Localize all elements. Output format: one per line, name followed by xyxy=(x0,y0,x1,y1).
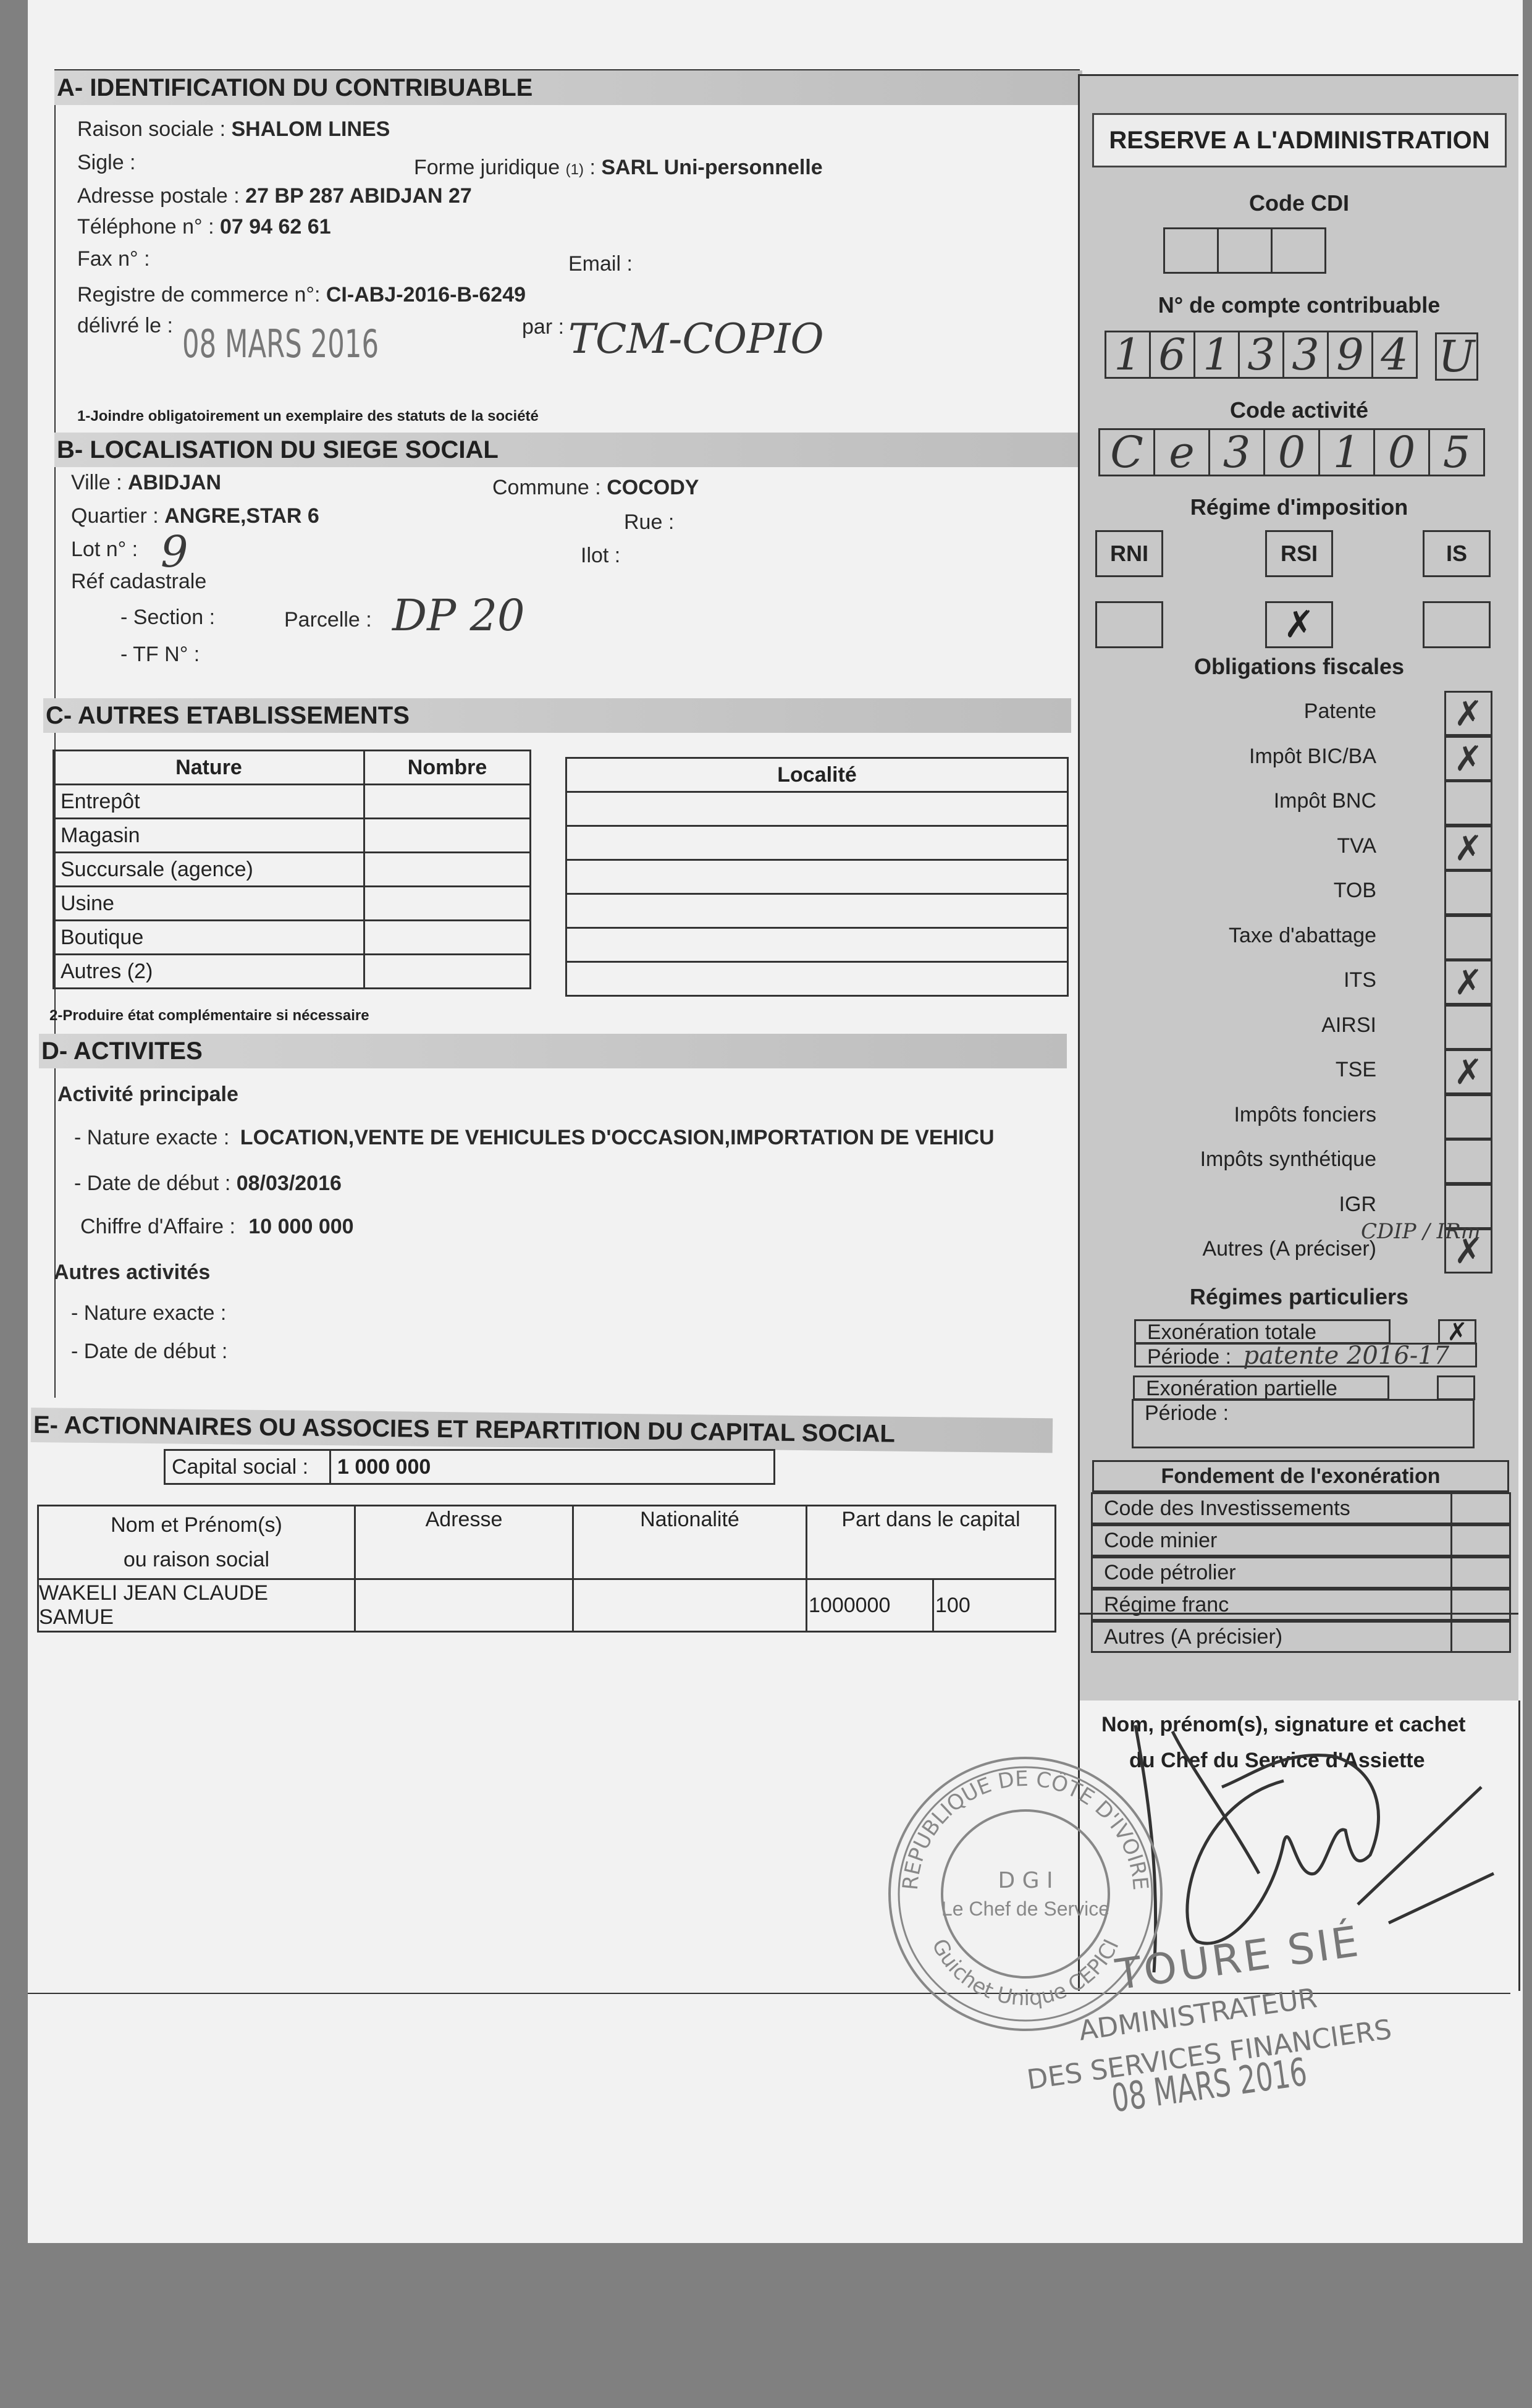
commune-label: Commune : xyxy=(492,476,601,499)
commune-value: COCODY xyxy=(607,476,699,499)
table-row: Magasin xyxy=(54,819,531,853)
row-nombre-input[interactable] xyxy=(364,853,531,887)
table-header-row: Nom et Prénom(s) ou raison social Adress… xyxy=(38,1506,1056,1579)
delivre-label: délivré le : xyxy=(77,314,173,338)
code-cdi-box[interactable] xyxy=(1163,227,1219,274)
obligation-row: TOB xyxy=(1080,870,1518,915)
autres-handwritten: CDIP / IRm xyxy=(1361,1219,1481,1244)
raison-sociale-label: Raison sociale : xyxy=(77,117,225,141)
section-a-header: A- IDENTIFICATION DU CONTRIBUABLE xyxy=(54,70,1082,105)
obligation-row: Taxe d'abattage xyxy=(1080,915,1518,960)
table-row xyxy=(566,962,1068,996)
regime-is-label: IS xyxy=(1423,530,1491,577)
fondement-header: Fondement de l'exonération xyxy=(1092,1460,1509,1492)
actionnaires-table: Nom et Prénom(s) ou raison social Adress… xyxy=(37,1505,1056,1633)
exo-totale-label: Exonération totale xyxy=(1134,1319,1391,1344)
section-a-footnote: 1-Joindre obligatoirement un exemplaire … xyxy=(77,408,539,425)
fondement-checkbox[interactable] xyxy=(1450,1492,1509,1524)
parcelle-label: Parcelle : xyxy=(284,608,372,632)
obligation-label: Patente xyxy=(1304,699,1376,724)
date-debut-label: - Date de début : xyxy=(74,1172,230,1195)
fondement-label: Code pétrolier xyxy=(1104,1561,1236,1584)
obligation-row: Patente✗ xyxy=(1080,691,1518,736)
ref-cadastrale-label: Réf cadastrale xyxy=(71,570,206,594)
date-debut-value: 08/03/2016 xyxy=(237,1172,342,1195)
registre-field: Registre de commerce n°: CI-ABJ-2016-B-6… xyxy=(77,283,526,307)
regime-is-checkbox[interactable] xyxy=(1423,601,1491,648)
row-nature: Usine xyxy=(54,887,364,921)
row-nature: Entrepôt xyxy=(54,785,364,819)
capital-social-table: Capital social : 1 000 000 xyxy=(164,1449,775,1485)
table-header-row: Localité xyxy=(566,758,1068,792)
obligation-label: ITS xyxy=(1344,968,1376,992)
obligation-checkbox[interactable] xyxy=(1444,870,1492,915)
obligation-label: Taxe d'abattage xyxy=(1229,924,1376,948)
obligation-label: IGR xyxy=(1339,1193,1376,1217)
compte-key-box: U xyxy=(1435,332,1478,381)
scanned-form-page: A- IDENTIFICATION DU CONTRIBUABLE Raison… xyxy=(28,0,1523,2243)
header-nombre: Nombre xyxy=(364,751,531,785)
code-activite-box[interactable]: C xyxy=(1098,428,1155,476)
sigle-label: Sigle : xyxy=(77,151,136,175)
header-localite: Localité xyxy=(566,758,1068,792)
exo-totale-checkbox[interactable]: ✗ xyxy=(1438,1319,1476,1344)
code-activite-box[interactable]: e xyxy=(1153,428,1210,476)
forme-juridique-field: Forme juridique (1) : SARL Uni-personnel… xyxy=(414,156,823,180)
obligation-checkbox[interactable] xyxy=(1444,1139,1492,1184)
autres-activites-label: Autres activités xyxy=(54,1261,210,1285)
obligation-row: Impôt BIC/BA✗ xyxy=(1080,736,1518,781)
obligation-label: TOB xyxy=(1334,879,1376,903)
compte-boxes: 1613394 xyxy=(1105,331,1418,379)
ville-value: ABIDJAN xyxy=(128,471,221,494)
localite-table: Localité xyxy=(565,757,1069,997)
header-nom-line1: Nom et Prénom(s) xyxy=(111,1513,282,1537)
admin-title: RESERVE A L'ADMINISTRATION xyxy=(1092,113,1507,167)
svg-text:Le Chef de Service: Le Chef de Service xyxy=(941,1898,1109,1920)
header-part-capital: Part dans le capital xyxy=(807,1506,1056,1579)
obligation-row: TVA✗ xyxy=(1080,826,1518,871)
admin-reserved-panel: RESERVE A L'ADMINISTRATION Code CDI N° d… xyxy=(1078,74,1518,1720)
raison-sociale-value: SHALOM LINES xyxy=(231,117,390,141)
fondement-checkbox[interactable] xyxy=(1450,1557,1509,1589)
capital-label: Capital social : xyxy=(165,1450,330,1484)
row-nature: Boutique xyxy=(54,921,364,955)
lot-label: Lot n° : xyxy=(71,538,138,562)
code-activite-box[interactable]: 3 xyxy=(1208,428,1265,476)
forme-juridique-note: (1) xyxy=(566,161,584,178)
commune-field: Commune : COCODY xyxy=(492,476,699,500)
section-c-footnote: 2-Produire état complémentaire si nécess… xyxy=(49,1007,369,1024)
code-activite-box[interactable]: 5 xyxy=(1428,428,1485,476)
obligation-label: TSE xyxy=(1336,1058,1376,1082)
code-cdi-box[interactable] xyxy=(1217,227,1273,274)
fondement-row: Régime franc xyxy=(1091,1589,1511,1621)
actionnaire-part-montant: 1000000 xyxy=(807,1579,933,1632)
table-row: WAKELI JEAN CLAUDE SAMUE 1000000 100 xyxy=(38,1579,1056,1632)
compte-digit-box[interactable]: 4 xyxy=(1371,331,1418,379)
row-nature: Magasin xyxy=(54,819,364,853)
compte-digit-box[interactable]: 1 xyxy=(1193,331,1240,379)
row-localite-input[interactable] xyxy=(566,860,1068,894)
telephone-value: 07 94 62 61 xyxy=(220,215,331,239)
rue-label: Rue : xyxy=(624,510,674,534)
chiffre-affaire-label: Chiffre d'Affaire : xyxy=(80,1215,235,1238)
section-e-header: E- ACTIONNAIRES OU ASSOCIES ET REPARTITI… xyxy=(31,1408,1053,1453)
ilot-label: Ilot : xyxy=(581,544,620,568)
fondement-label: Code minier xyxy=(1104,1529,1217,1552)
table-row xyxy=(566,894,1068,928)
obligation-checkbox[interactable]: ✗ xyxy=(1444,691,1492,736)
par-handwritten: TCM-COPIO xyxy=(568,315,824,363)
periode-partielle-field[interactable]: Période : xyxy=(1132,1399,1475,1448)
row-nombre-input[interactable] xyxy=(364,785,531,819)
compte-key[interactable]: U xyxy=(1435,332,1478,381)
table-row: Usine xyxy=(54,887,531,921)
obligation-label: AIRSI xyxy=(1321,1013,1376,1037)
row-nature: Succursale (agence) xyxy=(54,853,364,887)
fondement-label: Code des Investissements xyxy=(1104,1497,1350,1520)
header-nationalite: Nationalité xyxy=(573,1506,807,1579)
par-label: par : xyxy=(522,315,564,339)
adresse-field: Adresse postale : 27 BP 287 ABIDJAN 27 xyxy=(77,184,472,208)
row-localite-input[interactable] xyxy=(566,928,1068,962)
date-debut-field: - Date de début : 08/03/2016 xyxy=(74,1172,342,1196)
regime-rni-label: RNI xyxy=(1095,530,1163,577)
registre-label: Registre de commerce n°: xyxy=(77,283,320,306)
code-activite-boxes: Ce30105 xyxy=(1098,428,1485,476)
fax-label: Fax n° : xyxy=(77,247,150,271)
forme-juridique-value: SARL Uni-personnelle xyxy=(601,156,822,179)
adresse-value: 27 BP 287 ABIDJAN 27 xyxy=(245,184,472,208)
obligation-checkbox[interactable]: ✗ xyxy=(1444,826,1492,871)
ville-label: Ville : xyxy=(71,471,122,494)
form-left-border xyxy=(54,69,56,1398)
forme-juridique-label: Forme juridique xyxy=(414,156,560,179)
parcelle-handwritten: DP 20 xyxy=(392,590,525,641)
obligation-label: Impôts synthétique xyxy=(1200,1147,1376,1172)
table-row: Autres (2) xyxy=(54,955,531,989)
compte-digit-box[interactable]: 9 xyxy=(1327,331,1373,379)
row-nature: Autres (2) xyxy=(54,955,364,989)
header-nom: Nom et Prénom(s) ou raison social xyxy=(38,1506,355,1579)
autres-date-label: - Date de début : xyxy=(71,1340,227,1364)
registre-value: CI-ABJ-2016-B-6249 xyxy=(326,283,526,306)
table-row: Entrepôt xyxy=(54,785,531,819)
header-nature: Nature xyxy=(54,751,364,785)
table-row xyxy=(566,860,1068,894)
compte-label: N° de compte contribuable xyxy=(1080,292,1518,318)
actionnaire-nom: WAKELI JEAN CLAUDE SAMUE xyxy=(38,1579,355,1632)
obligation-row: AIRSI xyxy=(1080,1005,1518,1050)
fondement-row: Code minier xyxy=(1091,1524,1511,1557)
compte-digit-box[interactable]: 3 xyxy=(1282,331,1329,379)
obligation-checkbox[interactable]: ✗ xyxy=(1444,1049,1492,1094)
fondement-row: Autres (A précisier) xyxy=(1091,1621,1511,1653)
capital-value: 1 000 000 xyxy=(330,1450,775,1484)
ville-field: Ville : ABIDJAN xyxy=(71,471,221,495)
telephone-label: Téléphone n° : xyxy=(77,215,214,239)
obligation-row: TSE✗ xyxy=(1080,1049,1518,1094)
row-localite-input[interactable] xyxy=(566,962,1068,996)
quartier-field: Quartier : ANGRE,STAR 6 xyxy=(71,504,319,528)
obligation-checkbox[interactable]: ✗ xyxy=(1444,960,1492,1005)
etablissements-table: Nature Nombre Entrepôt Magasin Succursal… xyxy=(53,750,531,989)
regime-rni-checkbox[interactable] xyxy=(1095,601,1163,648)
obligation-checkbox[interactable] xyxy=(1444,915,1492,960)
activite-principale-label: Activité principale xyxy=(57,1083,238,1107)
chiffre-affaire-value: 10 000 000 xyxy=(248,1215,353,1238)
section-d-header: D- ACTIVITES xyxy=(39,1034,1067,1068)
tf-label: - TF N° : xyxy=(120,643,200,667)
email-label: Email : xyxy=(568,252,633,276)
quartier-value: ANGRE,STAR 6 xyxy=(164,504,319,528)
actionnaire-adresse xyxy=(355,1579,573,1632)
capital-row: Capital social : 1 000 000 xyxy=(165,1450,775,1484)
regime-rsi-checkbox[interactable]: ✗ xyxy=(1265,601,1333,648)
code-activite-box[interactable]: 0 xyxy=(1373,428,1430,476)
section-label: - Section : xyxy=(120,606,215,630)
obligation-row: Impôt BNC xyxy=(1080,780,1518,826)
obligation-label: TVA xyxy=(1337,834,1376,858)
obligation-row: Impôts fonciers xyxy=(1080,1094,1518,1139)
code-activite-label: Code activité xyxy=(1080,397,1518,423)
header-nom-line2: ou raison social xyxy=(124,1548,269,1571)
periode-totale-label: Période : xyxy=(1147,1345,1231,1369)
obligation-row: Impôts synthétique xyxy=(1080,1139,1518,1184)
code-cdi-label: Code CDI xyxy=(1080,190,1518,216)
quartier-label: Quartier : xyxy=(71,504,159,528)
section-c-header: C- AUTRES ETABLISSEMENTS xyxy=(43,698,1071,733)
row-localite-input[interactable] xyxy=(566,792,1068,826)
telephone-field: Téléphone n° : 07 94 62 61 xyxy=(77,215,331,239)
code-cdi-box[interactable] xyxy=(1271,227,1326,274)
obligation-row: ITS✗ xyxy=(1080,960,1518,1005)
exo-partielle-label: Exonération partielle xyxy=(1133,1375,1389,1400)
nature-label: - Nature exacte : xyxy=(74,1126,229,1149)
row-nombre-input[interactable] xyxy=(364,921,531,955)
compte-digit-box[interactable]: 6 xyxy=(1149,331,1195,379)
code-cdi-boxes xyxy=(1163,227,1326,274)
chiffre-affaire-field: Chiffre d'Affaire : 10 000 000 xyxy=(80,1215,354,1239)
row-localite-input[interactable] xyxy=(566,826,1068,860)
periode-totale-field: Période : patente 2016-17 xyxy=(1134,1343,1477,1367)
obligation-checkbox[interactable] xyxy=(1444,1094,1492,1139)
delivre-date-stamp: 08 MARS 2016 xyxy=(182,321,379,366)
fondement-checkbox[interactable] xyxy=(1450,1524,1509,1557)
regimes-particuliers-label: Régimes particuliers xyxy=(1080,1284,1518,1310)
table-row: Boutique xyxy=(54,921,531,955)
obligation-label: Impôt BIC/BA xyxy=(1249,745,1376,769)
nature-field: - Nature exacte : LOCATION,VENTE DE VEHI… xyxy=(74,1126,995,1150)
fondement-label: Autres (A précisier) xyxy=(1104,1625,1282,1649)
regime-rsi-label: RSI xyxy=(1265,530,1333,577)
obligation-checkbox[interactable]: ✗ xyxy=(1444,736,1492,781)
table-row xyxy=(566,826,1068,860)
obligation-checkbox[interactable] xyxy=(1444,1005,1492,1050)
actionnaire-nationalite xyxy=(573,1579,807,1632)
signature-divider xyxy=(1080,1613,1518,1615)
obligation-label: Autres (A préciser) xyxy=(1202,1237,1376,1261)
header-adresse: Adresse xyxy=(355,1506,573,1579)
row-nombre-input[interactable] xyxy=(364,955,531,989)
raison-sociale-field: Raison sociale : SHALOM LINES xyxy=(77,117,390,142)
obligations-label: Obligations fiscales xyxy=(1080,654,1518,680)
fondement-row: Code pétrolier xyxy=(1091,1557,1511,1589)
autres-nature-label: - Nature exacte : xyxy=(71,1301,226,1325)
periode-totale-handwritten: patente 2016-17 xyxy=(1244,1341,1450,1370)
fondement-row: Code des Investissements xyxy=(1091,1492,1511,1524)
row-localite-input[interactable] xyxy=(566,894,1068,928)
section-b-header: B- LOCALISATION DU SIEGE SOCIAL xyxy=(54,433,1082,467)
exo-partielle-checkbox[interactable] xyxy=(1437,1375,1475,1400)
regime-label: Régime d'imposition xyxy=(1080,494,1518,520)
obligation-label: Impôts fonciers xyxy=(1234,1103,1376,1127)
obligation-label: Impôt BNC xyxy=(1274,789,1376,813)
row-nombre-input[interactable] xyxy=(364,819,531,853)
nature-value: LOCATION,VENTE DE VEHICULES D'OCCASION,I… xyxy=(240,1126,995,1149)
svg-text:D G I: D G I xyxy=(998,1868,1053,1893)
actionnaire-part-pct: 100 xyxy=(933,1579,1056,1632)
table-header-row: Nature Nombre xyxy=(54,751,531,785)
fondement-checkbox[interactable] xyxy=(1450,1589,1509,1621)
table-row xyxy=(566,792,1068,826)
table-row: Succursale (agence) xyxy=(54,853,531,887)
obligation-checkbox[interactable] xyxy=(1444,780,1492,826)
code-activite-box[interactable]: 0 xyxy=(1263,428,1320,476)
row-nombre-input[interactable] xyxy=(364,887,531,921)
fondement-checkbox[interactable] xyxy=(1450,1621,1509,1653)
code-activite-box[interactable]: 1 xyxy=(1318,428,1375,476)
adresse-label: Adresse postale : xyxy=(77,184,240,208)
compte-digit-box[interactable]: 3 xyxy=(1238,331,1284,379)
compte-digit-box[interactable]: 1 xyxy=(1105,331,1151,379)
table-row xyxy=(566,928,1068,962)
